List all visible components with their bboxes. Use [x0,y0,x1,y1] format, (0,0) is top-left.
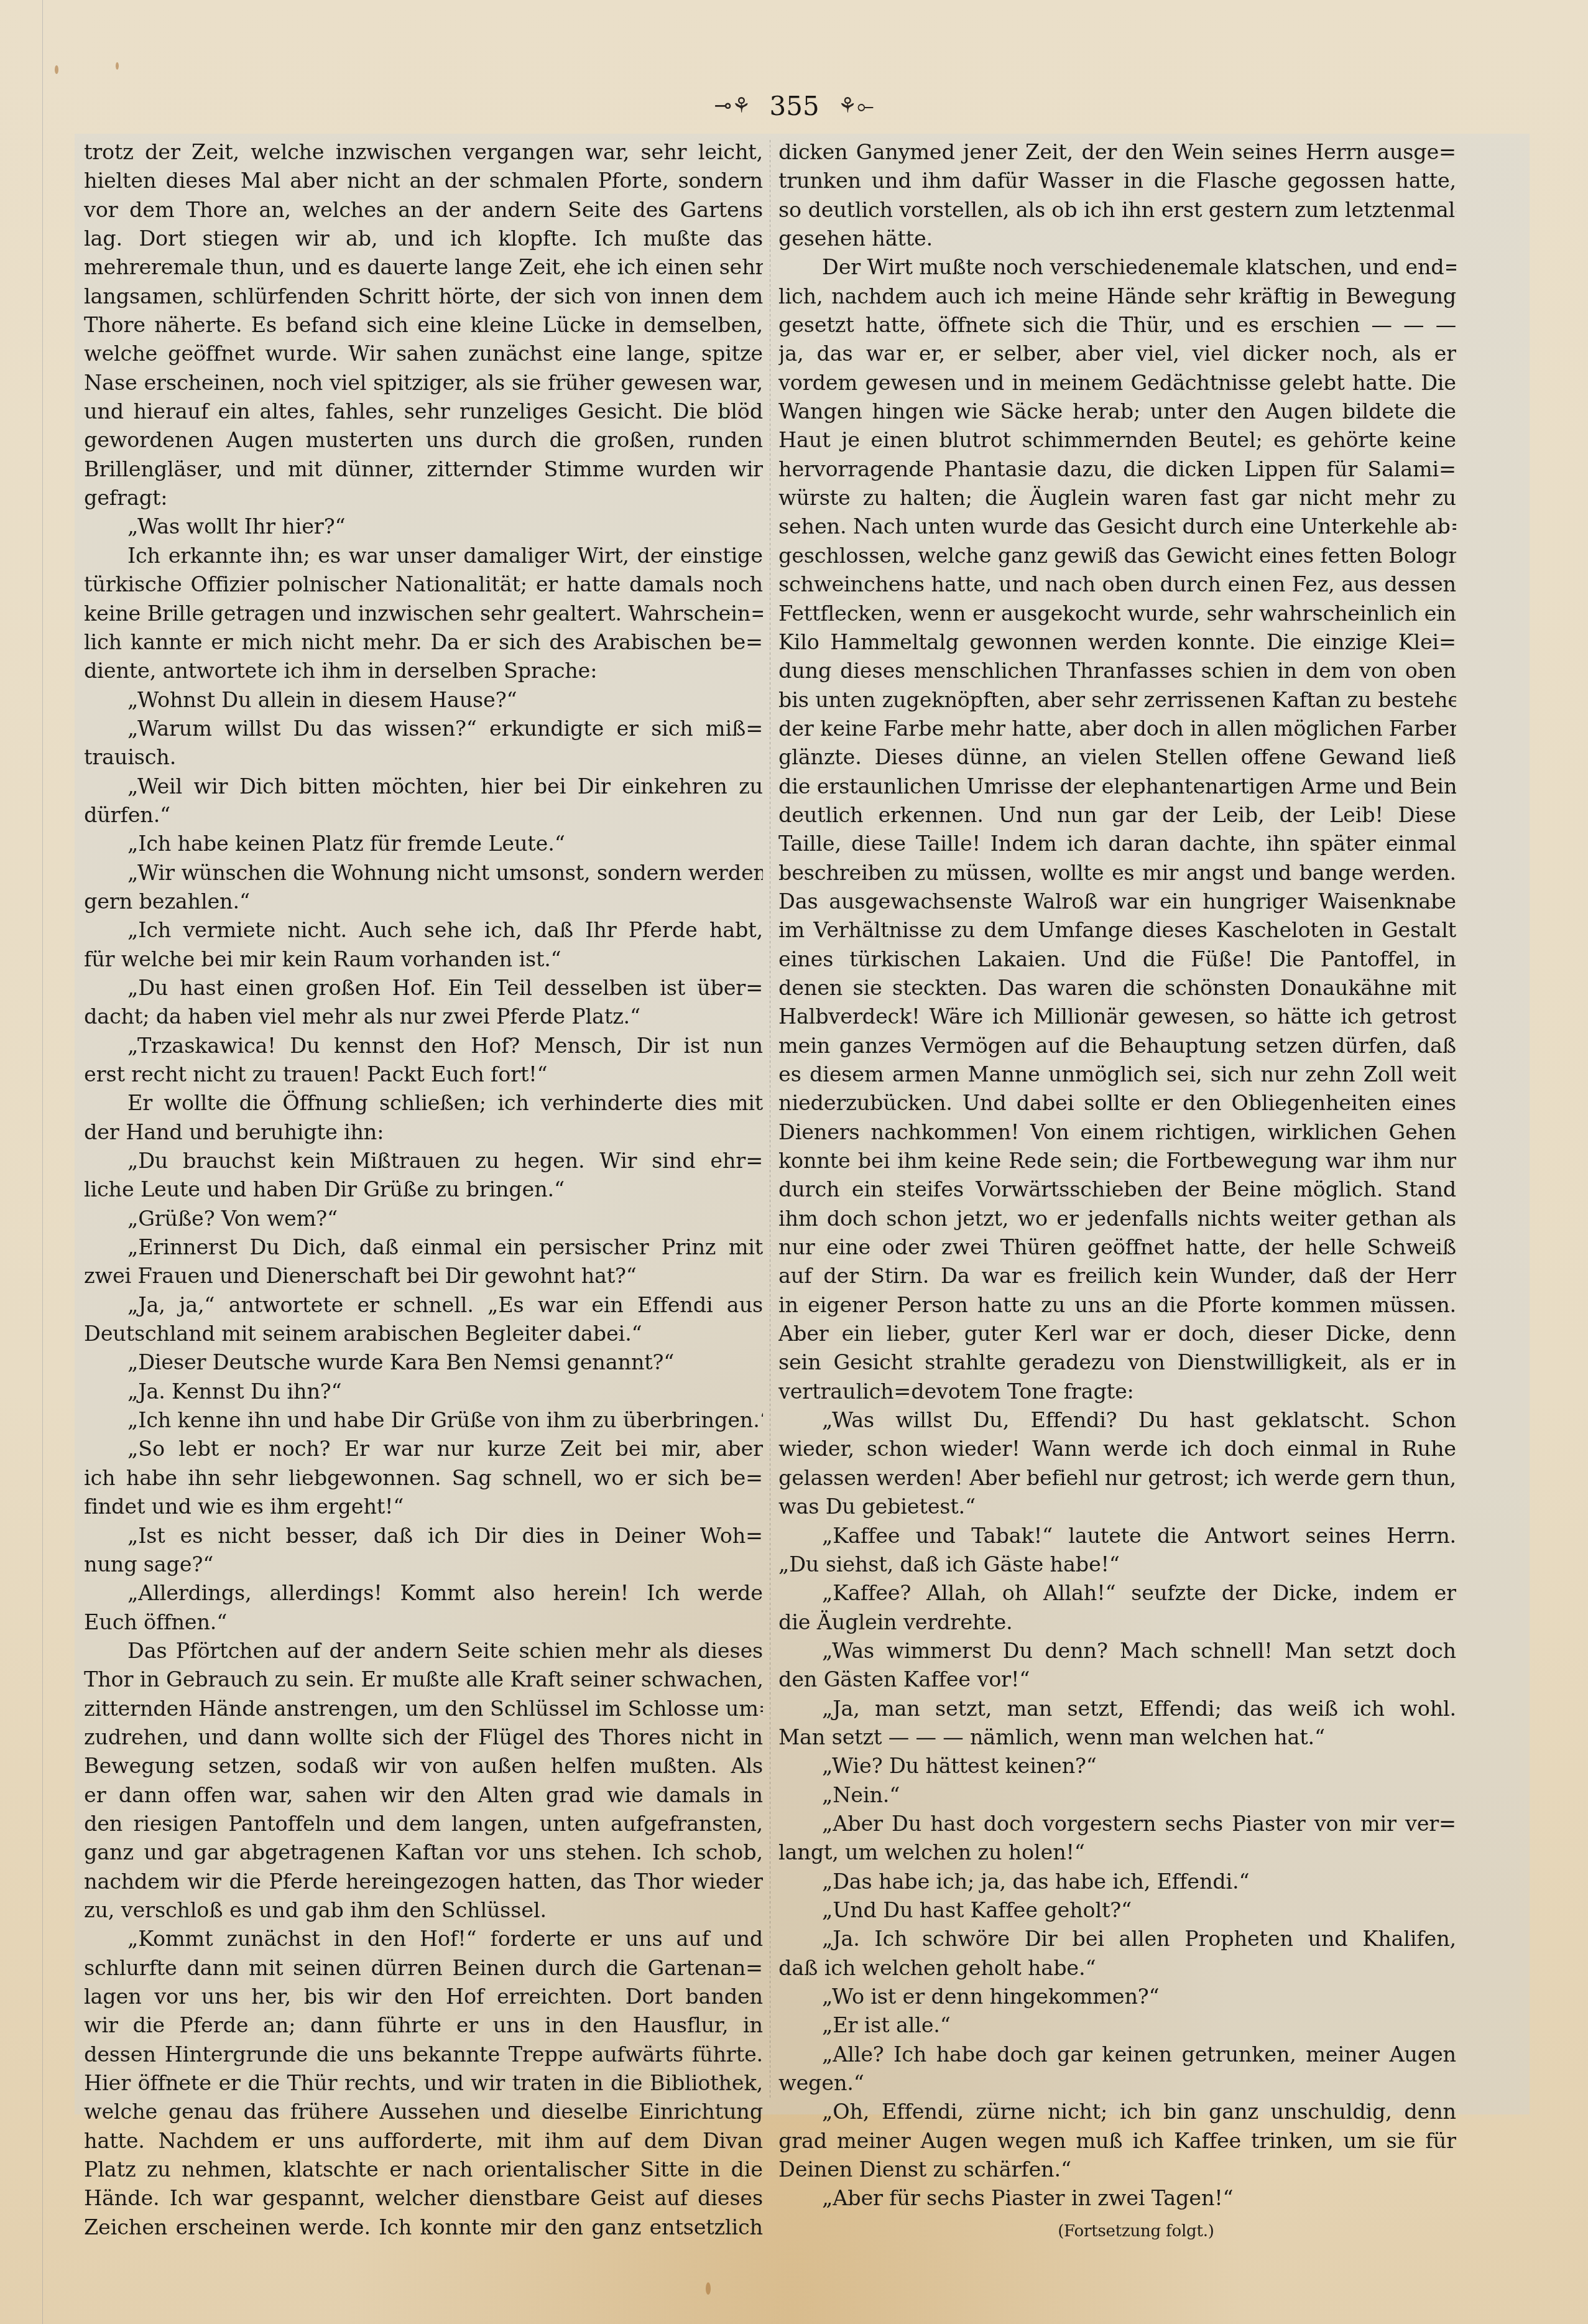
text-line: er dann offen war, sahen wir den Alten g… [84,1781,763,1810]
text-line: trunken und ihm dafür Wasser in die Flas… [778,167,1456,195]
text-line: dürfen.“ [84,801,763,830]
text-line: Brillengläser, und mit dünner, zitternde… [84,455,763,484]
text-line: beschreiben zu müssen, wollte es mir ang… [778,859,1456,887]
text-line: im Verhältnisse zu dem Umfange dieses Ka… [778,916,1456,945]
text-line: gewordenen Augen musterten uns durch die… [84,426,763,455]
text-line: daß ich welchen geholt habe.“ [778,1954,1456,1983]
text-line: langsamen, schlürfenden Schritt hörte, d… [84,282,763,311]
text-line: „Was wollt Ihr hier?“ [84,512,763,541]
text-line: „Ich habe keinen Platz für fremde Leute.… [84,830,763,858]
text-line: wieder, schon wieder! Wann werde ich doc… [778,1435,1456,1463]
text-line: Das ausgewachsenste Walroß war ein hungr… [778,887,1456,916]
text-line: dacht; da haben viel mehr als nur zwei P… [84,1002,763,1031]
text-line: so deutlich vorstellen, als ob ich ihn e… [778,196,1456,225]
text-line: „Kaffee? Allah, oh Allah!“ seufzte der D… [778,1579,1456,1608]
text-line: „Trzaskawica! Du kennst den Hof? Mensch,… [84,1032,763,1060]
text-line: trotz der Zeit, welche inzwischen vergan… [84,138,763,167]
text-line: trauisch. [84,743,763,772]
text-line: „Weil wir Dich bitten möchten, hier bei … [84,772,763,801]
text-line: dung dieses menschlichen Thranfasses sch… [778,657,1456,685]
text-line: „Oh, Effendi, zürne nicht; ich bin ganz … [778,2098,1456,2126]
text-line: Kilo Hammeltalg gewonnen werden konnte. … [778,628,1456,657]
text-line: „Er ist alle.“ [778,2011,1456,2040]
text-line: „Ja. Ich schwöre Dir bei allen Propheten… [778,1925,1456,1953]
text-line: Man setzt — — — nämlich, wenn man welche… [778,1723,1456,1752]
text-line: „Kommt zunächst in den Hof!“ forderte er… [84,1925,763,1953]
text-line: wir die Pferde an; dann führte er uns in… [84,2011,763,2040]
text-line: ihm doch schon jetzt, wo er jedenfalls n… [778,1205,1456,1233]
text-line: vordem gewesen und in meinem Gedächtniss… [778,369,1456,397]
text-line: durch ein steifes Vorwärtsschieben der B… [778,1175,1456,1204]
text-line: lich, nachdem auch ich meine Hände sehr … [778,282,1456,311]
text-line: liche Leute und haben Dir Grüße zu bring… [84,1175,763,1204]
text-line: Der Wirt mußte noch verschiedenemale kla… [778,253,1456,282]
ornament-right-icon: ⚘⟜ [838,93,874,118]
text-line: vor dem Thore an, welches an der andern … [84,196,763,225]
text-line: „Ich kenne ihn und habe Dir Grüße von ih… [84,1406,763,1435]
text-line: „Was willst Du, Effendi? Du hast geklats… [778,1406,1456,1435]
text-line: auf der Stirn. Da war es freilich kein W… [778,1262,1456,1290]
text-line: „Ja, ja,“ antwortete er schnell. „Es war… [84,1291,763,1320]
text-line: vertraulich=devotem Tone fragte: [778,1377,1456,1406]
text-line: „Wohnst Du allein in diesem Hause?“ [84,686,763,715]
left-column: trotz der Zeit, welche inzwischen vergan… [84,138,763,2242]
page-number: 355 [770,91,819,121]
text-line: „Was wimmerst Du denn? Mach schnell! Man… [778,1637,1456,1665]
text-line: die erstaunlichen Umrisse der elephanten… [778,772,1456,801]
text-line: türkische Offizier polnischer Nationalit… [84,570,763,599]
text-line: „Warum willst Du das wissen?“ erkundigte… [84,715,763,743]
text-line: „Du brauchst kein Mißtrauen zu hegen. Wi… [84,1147,763,1175]
text-line: „Und Du hast Kaffee geholt?“ [778,1896,1456,1925]
text-line: sein Gesicht strahlte geradezu von Diens… [778,1348,1456,1377]
text-line: bis unten zugeknöpften, aber sehr zerris… [778,686,1456,715]
text-line: dicken Ganymed jener Zeit, der den Wein … [778,138,1456,167]
text-line: gelassen werden! Aber befiehl nur getros… [778,1464,1456,1493]
text-line: „Du hast einen großen Hof. Ein Teil dess… [84,974,763,1002]
text-line: niederzubücken. Und dabei sollte er den … [778,1089,1456,1118]
text-line: hatte. Nachdem er uns aufforderte, mit i… [84,2127,763,2155]
text-line: findet und wie es ihm ergeht!“ [84,1493,763,1521]
text-line: mein ganzes Vermögen auf die Behauptung … [778,1032,1456,1060]
text-line: welche geöffnet wurde. Wir sahen zunächs… [84,340,763,368]
page-edge-line [42,0,43,2324]
text-line: zitternden Hände anstrengen, um den Schl… [84,1695,763,1723]
text-line: keine Brille getragen und inzwischen seh… [84,600,763,628]
column-divider [770,140,770,2099]
text-line: geschlossen, welche ganz gewiß das Gewic… [778,542,1456,570]
text-line: lich kannte er mich nicht mehr. Da er si… [84,628,763,657]
text-line: ganz und gar abgetragenen Kaftan vor uns… [84,1838,763,1867]
text-line: in eigener Person hatte zu uns an die Pf… [778,1291,1456,1320]
text-line: gesehen hätte. [778,225,1456,253]
text-line: „Aber für sechs Piaster in zwei Tagen!“ [778,2184,1456,2213]
text-line: hervorragende Phantasie dazu, die dicken… [778,455,1456,484]
text-line: nung sage?“ [84,1550,763,1579]
text-line: die Äuglein verdrehte. [778,1608,1456,1637]
text-line: es diesem armen Manne unmöglich sei, sic… [778,1060,1456,1089]
text-line: „Nein.“ [778,1781,1456,1810]
text-line: dessen Hintergrunde die uns bekannte Tre… [84,2040,763,2069]
text-line: Er wollte die Öffnung schließen; ich ver… [84,1089,763,1118]
text-line: „Allerdings, allerdings! Kommt also here… [84,1579,763,1608]
text-line: hielten dieses Mal aber nicht an der sch… [84,167,763,195]
text-line: Dieners nachkommen! Von einem richtigen,… [778,1118,1456,1147]
page-header: ⊸⚘ 355 ⚘⟜ [0,87,1588,124]
text-line: „So lebt er noch? Er war nur kurze Zeit … [84,1435,763,1463]
text-line: „Das habe ich; ja, das habe ich, Effendi… [778,1868,1456,1896]
text-line: Halbverdeck! Wäre ich Millionär gewesen,… [778,1002,1456,1031]
text-line: und hierauf ein altes, fahles, sehr runz… [84,397,763,426]
text-line: „Grüße? Von wem?“ [84,1205,763,1233]
text-line: ich habe ihn sehr liebgewonnen. Sag schn… [84,1464,763,1493]
text-line: zudrehen, und dann wollte sich der Flüge… [84,1723,763,1752]
text-line: Zeichen erscheinen werde. Ich konnte mir… [84,2213,763,2242]
text-line: Hände. Ich war gespannt, welcher dienstb… [84,2184,763,2213]
text-line: „Wo ist er denn hingekommen?“ [778,1983,1456,2011]
text-line: eines türkischen Lakaien. Und die Füße! … [778,945,1456,974]
text-line: Nase erscheinen, noch viel spitziger, al… [84,369,763,397]
text-line: „Ist es nicht besser, daß ich Dir dies i… [84,1522,763,1550]
text-line: Haut je einen blutrot schimmernden Beute… [778,426,1456,455]
text-line: gesetzt hatte, öffnete sich die Thür, un… [778,311,1456,340]
text-line: „Du siehst, daß ich Gäste habe!“ [778,1550,1456,1579]
text-line: Aber ein lieber, guter Kerl war er doch,… [778,1320,1456,1348]
text-line: „Kaffee und Tabak!“ lautete die Antwort … [778,1522,1456,1550]
text-line: denen sie steckten. Das waren die schöns… [778,974,1456,1002]
text-line: „Aber Du hast doch vorgestern sechs Pias… [778,1810,1456,1838]
text-line: Ich erkannte ihn; es war unser damaliger… [84,542,763,570]
text-line: „Dieser Deutsche wurde Kara Ben Nemsi ge… [84,1348,763,1377]
text-line: zu, verschloß es und gab ihm den Schlüss… [84,1896,763,1925]
text-line: „Wir wünschen die Wohnung nicht umsonst,… [84,859,763,887]
text-line: glänzte. Dieses dünne, an vielen Stellen… [778,743,1456,772]
text-line: Deinen Dienst zu schärfen.“ [778,2155,1456,2184]
text-line: erst recht nicht zu trauen! Packt Euch f… [84,1060,763,1089]
text-line: „Wie? Du hättest keinen?“ [778,1752,1456,1780]
text-line: den Gästen Kaffee vor!“ [778,1665,1456,1694]
text-line: schlurfte dann mit seinen dürren Beinen … [84,1954,763,1983]
text-line: welche genau das frühere Aussehen und di… [84,2098,763,2126]
text-line: Das Pförtchen auf der andern Seite schie… [84,1637,763,1665]
text-line: gern bezahlen.“ [84,887,763,916]
right-column: dicken Ganymed jener Zeit, der den Wein … [778,138,1456,2246]
text-line: Euch öffnen.“ [84,1608,763,1637]
text-line: schweinchens hatte, und nach oben durch … [778,570,1456,599]
text-line: ja, das war er, er selber, aber viel, vi… [778,340,1456,368]
text-line: würste zu halten; die Äuglein waren fast… [778,484,1456,512]
text-line: Bewegung setzen, sodaß wir von außen hel… [84,1752,763,1780]
text-line: Thor in Gebrauch zu sein. Er mußte alle … [84,1665,763,1694]
text-line: „Ja, man setzt, man setzt, Effendi; das … [778,1695,1456,1723]
text-line: deutlich erkennen. Und nun gar der Leib,… [778,801,1456,830]
text-line: nur eine oder zwei Thüren geöffnet hatte… [778,1233,1456,1262]
text-line: Fettflecken, wenn er ausgekocht wurde, s… [778,600,1456,628]
ornament-left-icon: ⊸⚘ [714,93,751,118]
text-line: Thore näherte. Es befand sich eine klein… [84,311,763,340]
text-line: „Ich vermiete nicht. Auch sehe ich, daß … [84,916,763,945]
text-line: Platz zu nehmen, klatschte er nach orien… [84,2155,763,2184]
text-line: der keine Farbe mehr hatte, aber doch in… [778,715,1456,743]
text-line: Deutschland mit seinem arabischen Beglei… [84,1320,763,1348]
text-line: diente, antwortete ich ihm in derselben … [84,657,763,685]
text-line: für welche bei mir kein Raum vorhanden i… [84,945,763,974]
text-line: den riesigen Pantoffeln und dem langen, … [84,1810,763,1838]
continuation-note: (Fortsetzung folgt.) [778,2217,1456,2246]
text-line: langt, um welchen zu holen!“ [778,1838,1456,1867]
paper-stain [706,2282,711,2295]
text-line: lag. Dort stiegen wir ab, und ich klopft… [84,225,763,253]
text-line: konnte bei ihm keine Rede sein; die Fort… [778,1147,1456,1175]
text-line: was Du gebietest.“ [778,1493,1456,1521]
text-line: Taille, diese Taille! Indem ich daran da… [778,830,1456,858]
text-line: „Erinnerst Du Dich, daß einmal ein persi… [84,1233,763,1262]
text-line: nachdem wir die Pferde hereingezogen hat… [84,1868,763,1896]
text-line: lagen vor uns her, bis wir den Hof errei… [84,1983,763,2011]
paper-stain [116,62,119,70]
text-line: der Hand und beruhigte ihn: [84,1118,763,1147]
text-line: grad meiner Augen wegen muß ich Kaffee t… [778,2127,1456,2155]
text-line: „Ja. Kennst Du ihn?“ [84,1377,763,1406]
text-line: wegen.“ [778,2069,1456,2098]
text-line: Hier öffnete er die Thür rechts, und wir… [84,2069,763,2098]
text-line: zwei Frauen und Dienerschaft bei Dir gew… [84,1262,763,1290]
text-line: mehreremale thun, und es dauerte lange Z… [84,253,763,282]
text-line: „Alle? Ich habe doch gar keinen getrunke… [778,2040,1456,2069]
paper-stain [55,65,58,74]
text-line: sehen. Nach unten wurde das Gesicht durc… [778,512,1456,541]
text-line: gefragt: [84,484,763,512]
text-line: Wangen hingen wie Säcke herab; unter den… [778,397,1456,426]
